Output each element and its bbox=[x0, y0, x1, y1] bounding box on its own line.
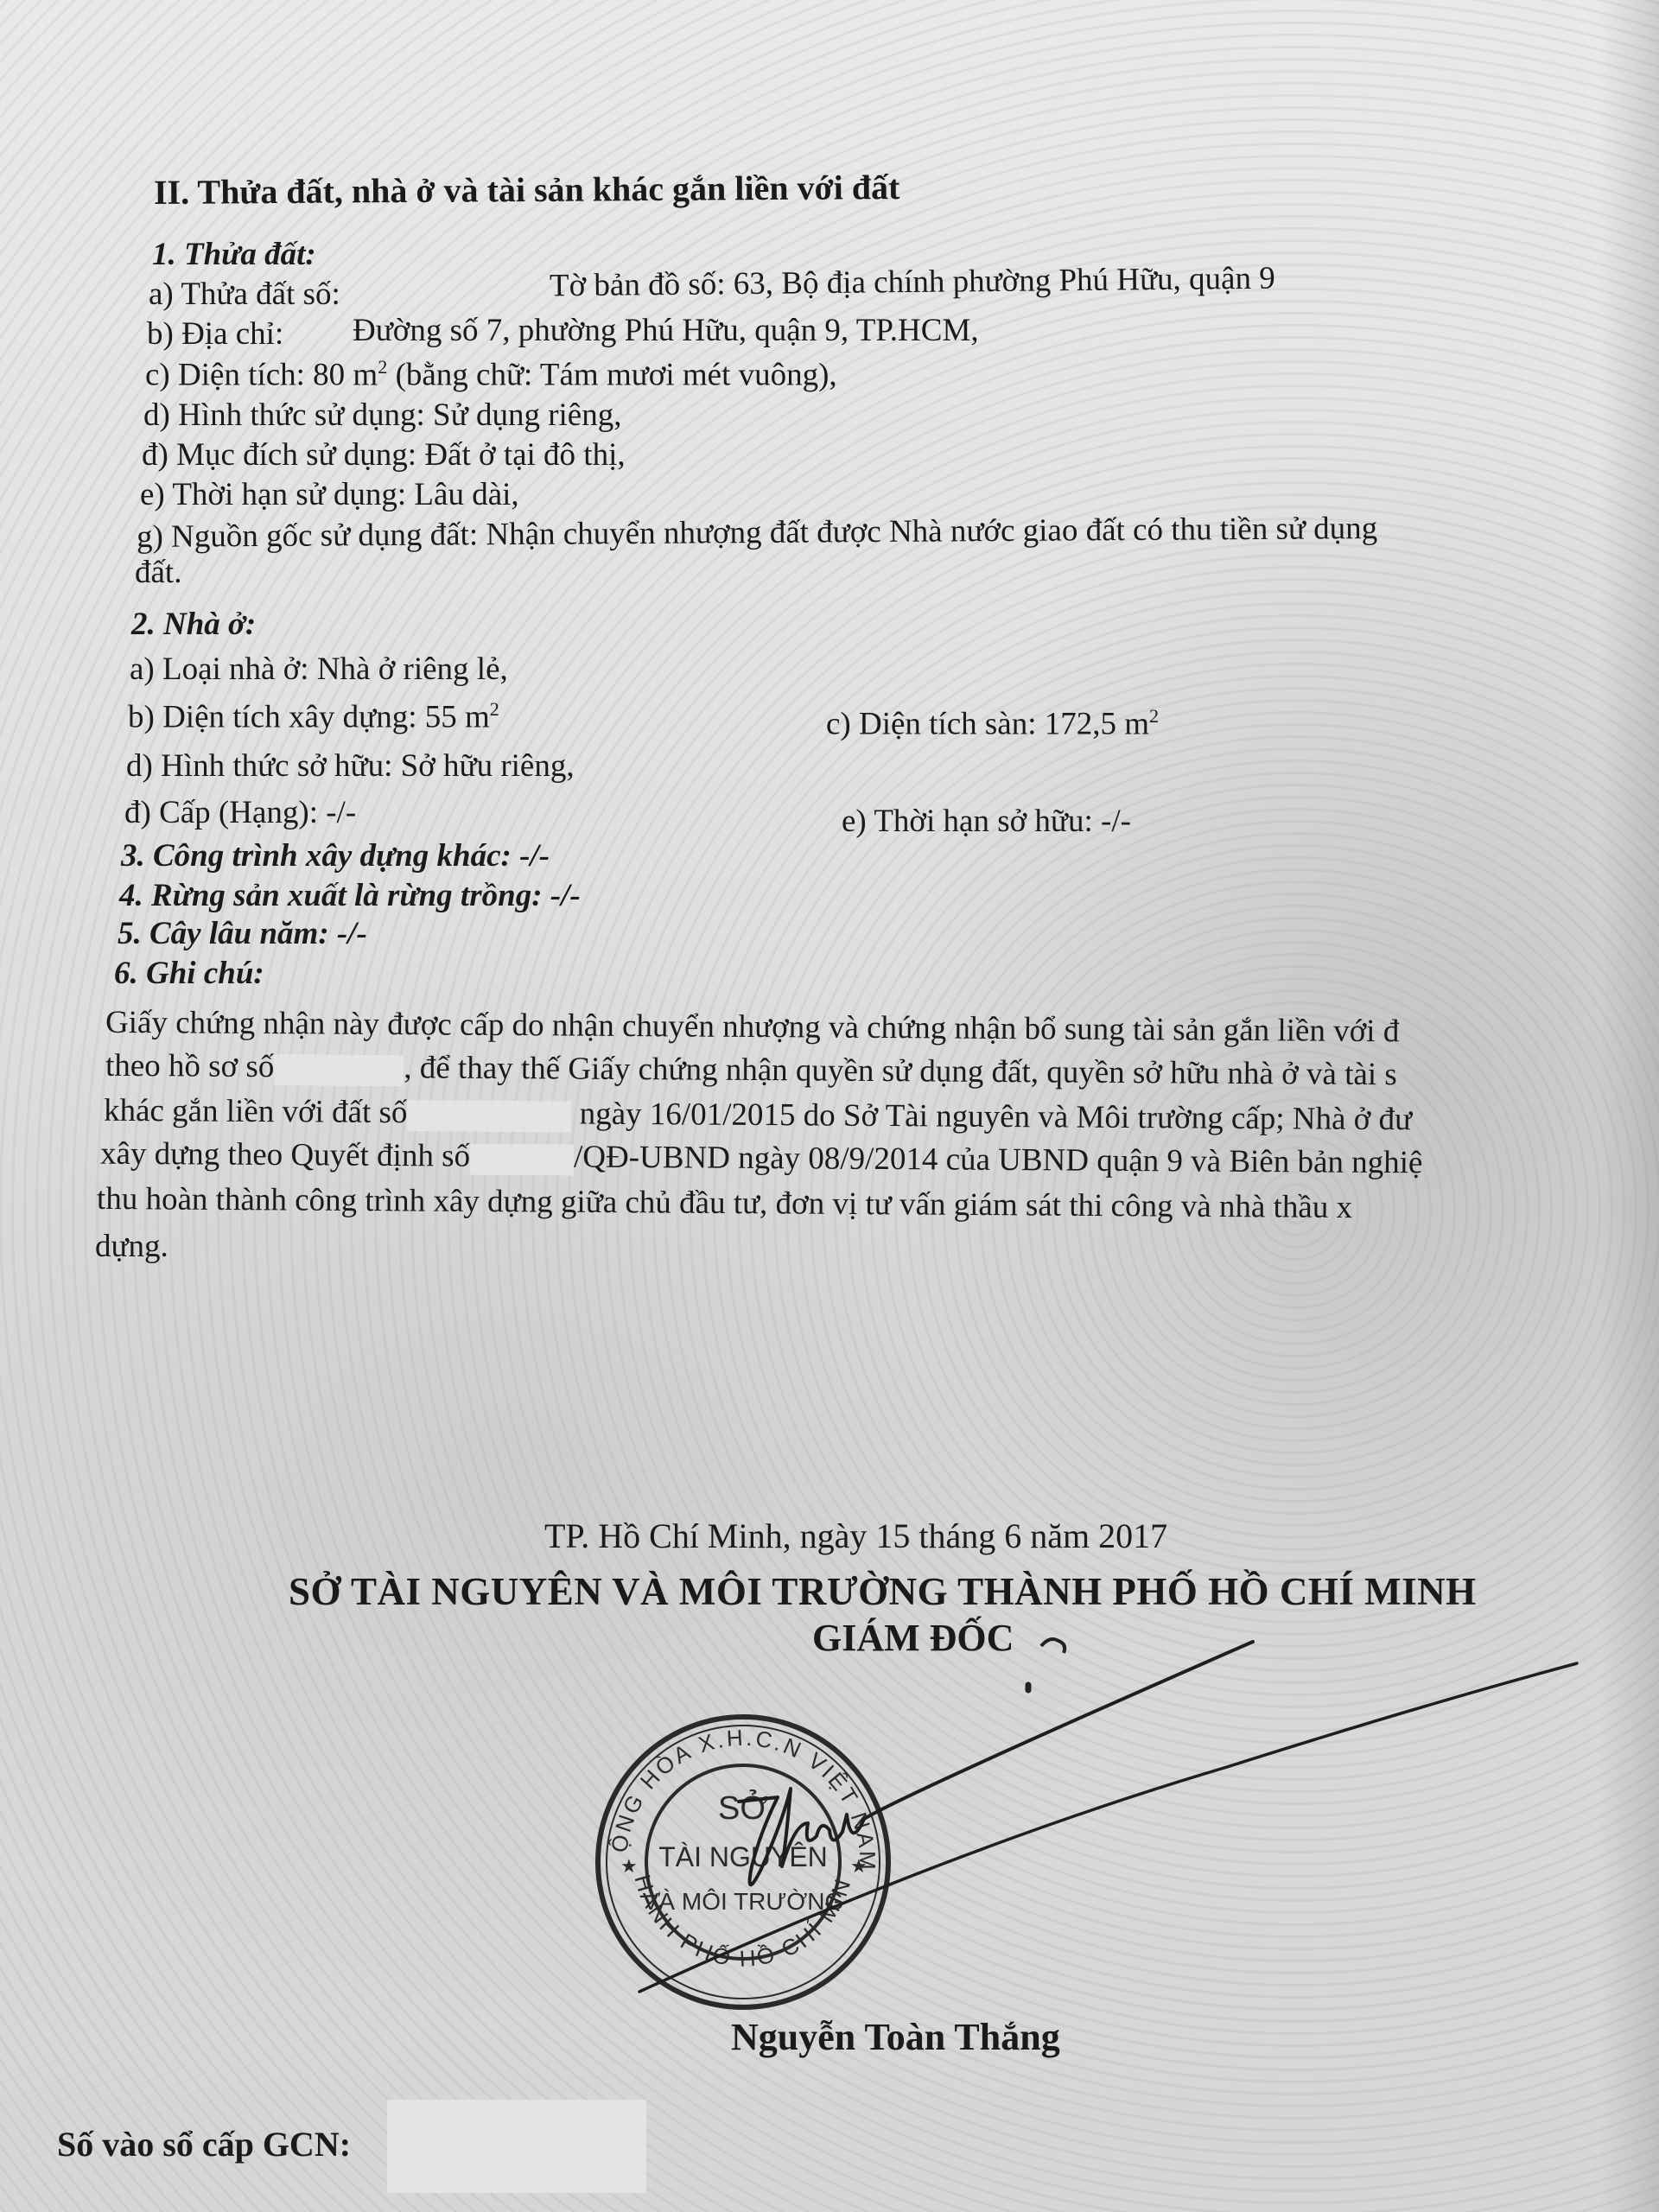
land-usage-purpose: đ) Mục đích sử dụng: Đất ở tại đô thị, bbox=[142, 439, 626, 471]
land-usage-term: e) Thời hạn sử dụng: Lâu dài, bbox=[140, 479, 519, 511]
planted-forest: 4. Rừng sản xuất là rừng trồng: -/- bbox=[119, 880, 581, 912]
house-heading: 2. Nhà ở: bbox=[131, 608, 256, 640]
house-ownership-term: e) Thời hạn sở hữu: -/- bbox=[842, 805, 1131, 837]
place-and-date: TP. Hồ Chí Minh, ngày 15 tháng 6 năm 201… bbox=[544, 1519, 1167, 1554]
house-build-area: b) Diện tích xây dựng: 55 m2 bbox=[128, 700, 499, 733]
note-line-1: Giấy chứng nhận này được cấp do nhận chu… bbox=[105, 1007, 1400, 1047]
signer-name: Nguyễn Toàn Thắng bbox=[731, 2018, 1060, 2056]
house-grade: đ) Cấp (Hạng): -/- bbox=[124, 797, 356, 829]
land-parcel-label: a) Thửa đất số: bbox=[149, 278, 340, 310]
house-ownership-form: d) Hình thức sở hữu: Sở hữu riêng, bbox=[126, 750, 575, 782]
land-origin-line1: g) Nguồn gốc sử dụng đất: Nhận chuyển nh… bbox=[137, 512, 1377, 553]
official-seal-icon: CỘNG HÒA X.H.C.N VIỆT NAM THÀNH PHỐ HỒ C… bbox=[588, 1707, 899, 2018]
land-area: c) Diện tích: 80 m2 (bằng chữ: Tám mươi … bbox=[145, 358, 837, 391]
note-line-6: dựng. bbox=[95, 1230, 168, 1262]
svg-text:VÀ MÔI TRƯỜNG: VÀ MÔI TRƯỜNG bbox=[643, 1888, 844, 1915]
svg-text:TÀI NGUYÊN: TÀI NGUYÊN bbox=[658, 1841, 828, 1872]
registry-number-label: Số vào sổ cấp GCN: bbox=[57, 2127, 351, 2162]
land-origin-line2: đất. bbox=[135, 556, 181, 588]
land-heading: 1. Thửa đất: bbox=[152, 238, 316, 270]
section-title: II. Thửa đất, nhà ở và tài sản khác gắn … bbox=[154, 170, 900, 210]
redacted-certificate-number bbox=[407, 1100, 571, 1132]
land-parcel-value: Tờ bản đồ số: 63, Bộ địa chính phường Ph… bbox=[550, 263, 1275, 302]
land-address-value: Đường số 7, phường Phú Hữu, quận 9, TP.H… bbox=[353, 315, 979, 346]
other-constructions: 3. Công trình xây dựng khác: -/- bbox=[121, 840, 550, 872]
redacted-registry-number bbox=[387, 2100, 646, 2193]
house-type: a) Loại nhà ở: Nhà ở riêng lẻ, bbox=[130, 653, 508, 685]
signer-title: GIÁM ĐỐC bbox=[812, 1619, 1014, 1657]
perennial-trees: 5. Cây lâu năm: -/- bbox=[118, 918, 367, 950]
svg-text:★: ★ bbox=[620, 1855, 638, 1877]
land-usage-form: d) Hình thức sử dụng: Sử dụng riêng, bbox=[143, 399, 621, 431]
house-floor-area: c) Diện tích sàn: 172,5 m2 bbox=[826, 707, 1159, 740]
svg-text:SỞ: SỞ bbox=[718, 1789, 768, 1827]
notes-heading: 6. Ghi chú: bbox=[114, 957, 264, 989]
land-address-label: b) Địa chỉ: bbox=[147, 318, 283, 350]
note-line-5: thu hoàn thành công trình xây dựng giữa … bbox=[97, 1183, 1352, 1224]
svg-text:★: ★ bbox=[850, 1855, 868, 1877]
redacted-decision-number bbox=[470, 1143, 574, 1175]
redacted-file-number bbox=[274, 1054, 404, 1086]
issuing-agency: SỞ TÀI NGUYÊN VÀ MÔI TRƯỜNG THÀNH PHỐ HỒ… bbox=[289, 1573, 1477, 1611]
page-edge-shadow bbox=[1599, 0, 1659, 2212]
